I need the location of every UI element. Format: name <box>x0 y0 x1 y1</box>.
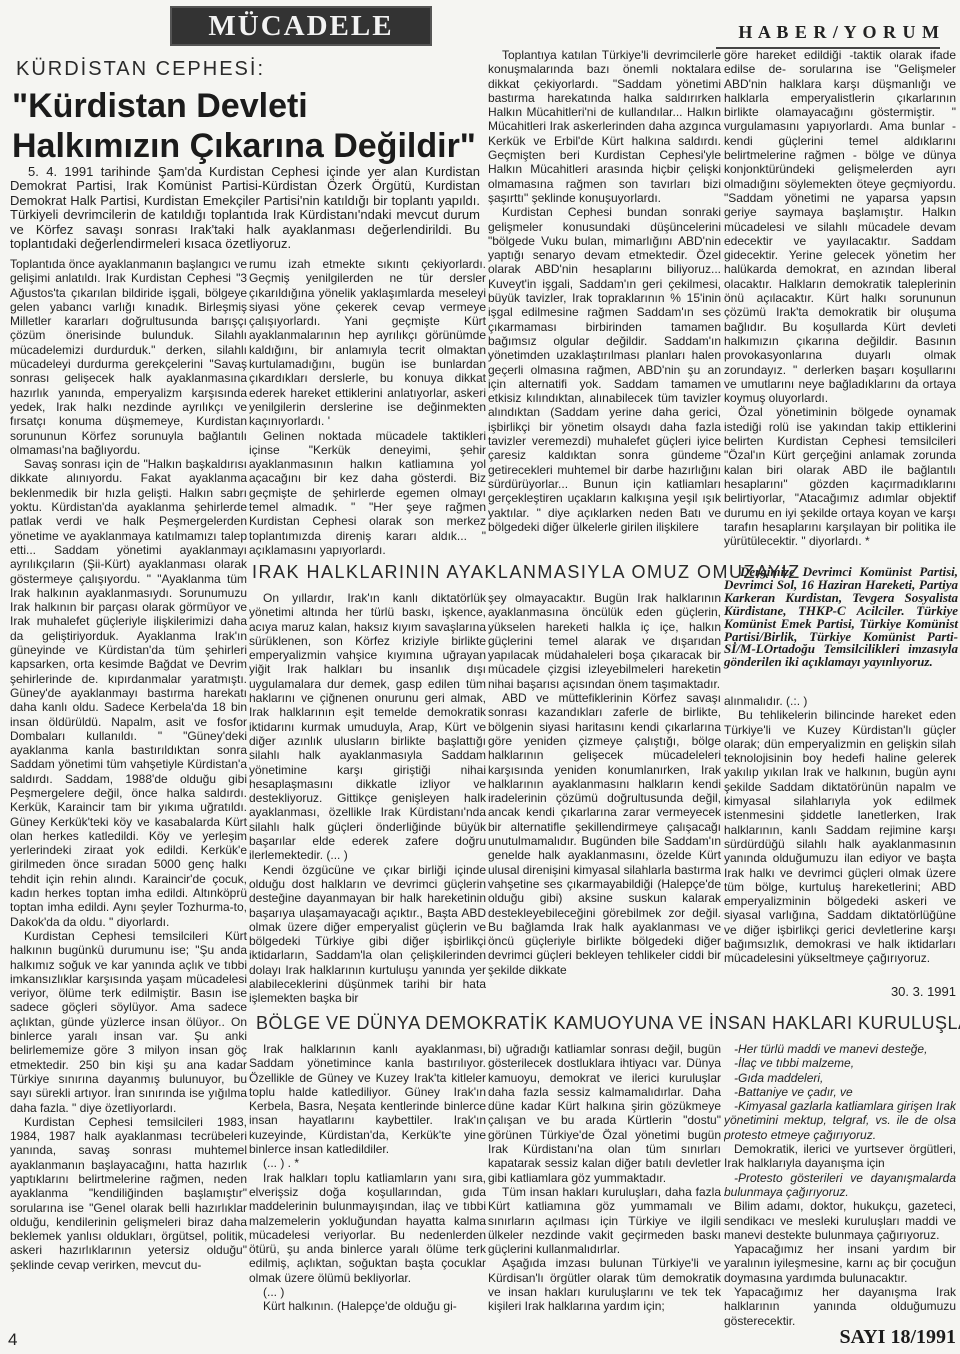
paragraph: Bilim adamı, doktor, hukukçu, gazeteci, … <box>724 1199 956 1242</box>
paragraph: Kürt halkının. (Halepçe'de olduğu gi- <box>249 1299 486 1313</box>
column-3-middle: şey olmayacaktır. Bugün Irak halklarının… <box>488 591 721 1009</box>
column-4-bottom: -Her türlü maddi ve manevi desteğe, -İla… <box>724 1042 956 1342</box>
statement-date: 30. 3. 1991 <box>724 984 956 999</box>
ellipsis-line: (... ) . * <box>249 1156 486 1170</box>
article-title-line1: "Kürdistan Devleti <box>12 86 482 126</box>
intro-paragraph: 5. 4. 1991 tarihinde Şam'da Kurdistan Ce… <box>10 165 480 251</box>
column-4-middle: alınmalıdır. (.:. ) Bu tehlikelerin bili… <box>724 694 956 984</box>
paragraph: Gelinen noktada mücadele taktikleri için… <box>249 429 486 558</box>
article-title: "Kürdistan Devleti Halkımızın Çıkarına D… <box>12 86 482 166</box>
paragraph: Bu tehlikelerin bilincinde hareket eden … <box>724 708 956 965</box>
paragraph: bi) uğradığı katliamlar sonrası değil, b… <box>488 1042 721 1185</box>
paragraph: Özal yönetiminin bölgede oynamak istediğ… <box>724 405 956 548</box>
paragraph: Aşağıda imzası bulunan Türkiye'li ve Kür… <box>488 1256 721 1313</box>
article-intro: 5. 4. 1991 tarihinde Şam'da Kurdistan Ce… <box>10 165 480 251</box>
demand-item: -Her türlü maddi ve manevi desteğe, <box>724 1042 956 1056</box>
paragraph: -Protesto gösterileri ve dayanışmalarda … <box>724 1171 956 1200</box>
paragraph: Yapacağımız her dayanışma Irak halkların… <box>724 1285 956 1328</box>
paragraph: Kurdistan Cephesi temsilcileri 1983, 198… <box>10 1115 247 1272</box>
editorial-note: Dergimize Devrimci Komünist Partisi, Dev… <box>724 566 958 688</box>
issue-label: SAYI 18/1991 <box>740 1326 956 1349</box>
demand-item: -Battaniye ve çadır, ve <box>724 1085 956 1099</box>
paragraph: Tüm insan hakları kuruluşları, daha fazl… <box>488 1185 721 1256</box>
article-kicker: KÜRDİSTAN CEPHESİ: <box>16 58 476 81</box>
paragraph: Demokratik, ilerici ve yurtsever örgütle… <box>724 1142 956 1171</box>
masthead-logo: MÜCADELE <box>208 10 393 43</box>
paragraph: ABD ve müttefiklerinin Körfez savaşı son… <box>488 691 721 977</box>
column-2-middle: On yıllardır, Irak'ın kanlı diktatörlük … <box>249 591 486 1011</box>
demand-item: -İlaç ve tıbbi malzeme, <box>724 1056 956 1070</box>
column-3-bottom: bi) uğradığı katliamlar sonrası değil, b… <box>488 1042 721 1342</box>
column-3-top: Toplantıya katılan Türkiye'li devrimcile… <box>488 48 721 560</box>
masthead-logo-box: MÜCADELE <box>170 6 432 46</box>
demand-item: -Kimyasal gazlarla katliamlara girişen I… <box>724 1099 956 1142</box>
paragraph: Kurdistan Cephesi temsilcileri Kürt halk… <box>10 929 247 1115</box>
headline-irak-halklarinin: IRAK HALKLARININ AYAKLANMASIYLA OMUZ OMU… <box>252 562 712 583</box>
paragraph: şey olmayacaktır. Bugün Irak halklarının… <box>488 591 721 691</box>
section-header: H A B E R / Y O R U M <box>716 22 940 49</box>
paragraph: Kendi özgücüne ve çıkar birliği içinde o… <box>249 863 486 1006</box>
paragraph: On yıllardır, Irak'ın kanlı diktatörlük … <box>249 591 486 863</box>
newspaper-page: { "colors": { "paper": "#f5f5f2", "ink":… <box>0 0 960 1354</box>
article-title-line2: Halkımızın Çıkarına Değildir" <box>12 126 482 166</box>
ellipsis-line: (... ) <box>249 1285 486 1299</box>
paragraph: alınmalıdır. (.:. ) <box>724 694 956 708</box>
column-2-top: rumu izah etmekte sıkıntı çekiyorlardı. … <box>249 257 486 559</box>
paragraph: Toplantıda önce ayaklanmanın başlangıcı … <box>10 257 247 457</box>
demand-item: -Gıda maddeleri, <box>724 1071 956 1085</box>
column-1: Toplantıda önce ayaklanmanın başlangıcı … <box>10 257 247 1309</box>
paragraph: Irak halklarının kanlı ayaklanması, Sadd… <box>249 1042 486 1156</box>
paragraph: Irak halkları toplu katliamların yanı sı… <box>249 1171 486 1285</box>
paragraph: Toplantıya katılan Türkiye'li devrimcile… <box>488 48 721 205</box>
page-number: 4 <box>8 1330 17 1350</box>
column-2-bottom: Irak halklarının kanlı ayaklanması, Sadd… <box>249 1042 486 1342</box>
paragraph: Savaş sonrası için de "Halkın başkaldırı… <box>10 457 247 929</box>
column-4-top: göre hareket edildiği -taktik olarak ifa… <box>724 48 956 560</box>
paragraph: göre hareket edildiği -taktik olarak ifa… <box>724 48 956 405</box>
paragraph: Yapacağımız her insani yardım bir yaralı… <box>724 1242 956 1285</box>
headline-bolge-ve-dunya: BÖLGE VE DÜNYA DEMOKRATİK KAMUOYUNA VE İ… <box>256 1013 956 1034</box>
paragraph: rumu izah etmekte sıkıntı çekiyorlardı. … <box>249 257 486 429</box>
paragraph: Kurdistan Cephesi bundan sonraki gelişme… <box>488 205 721 534</box>
